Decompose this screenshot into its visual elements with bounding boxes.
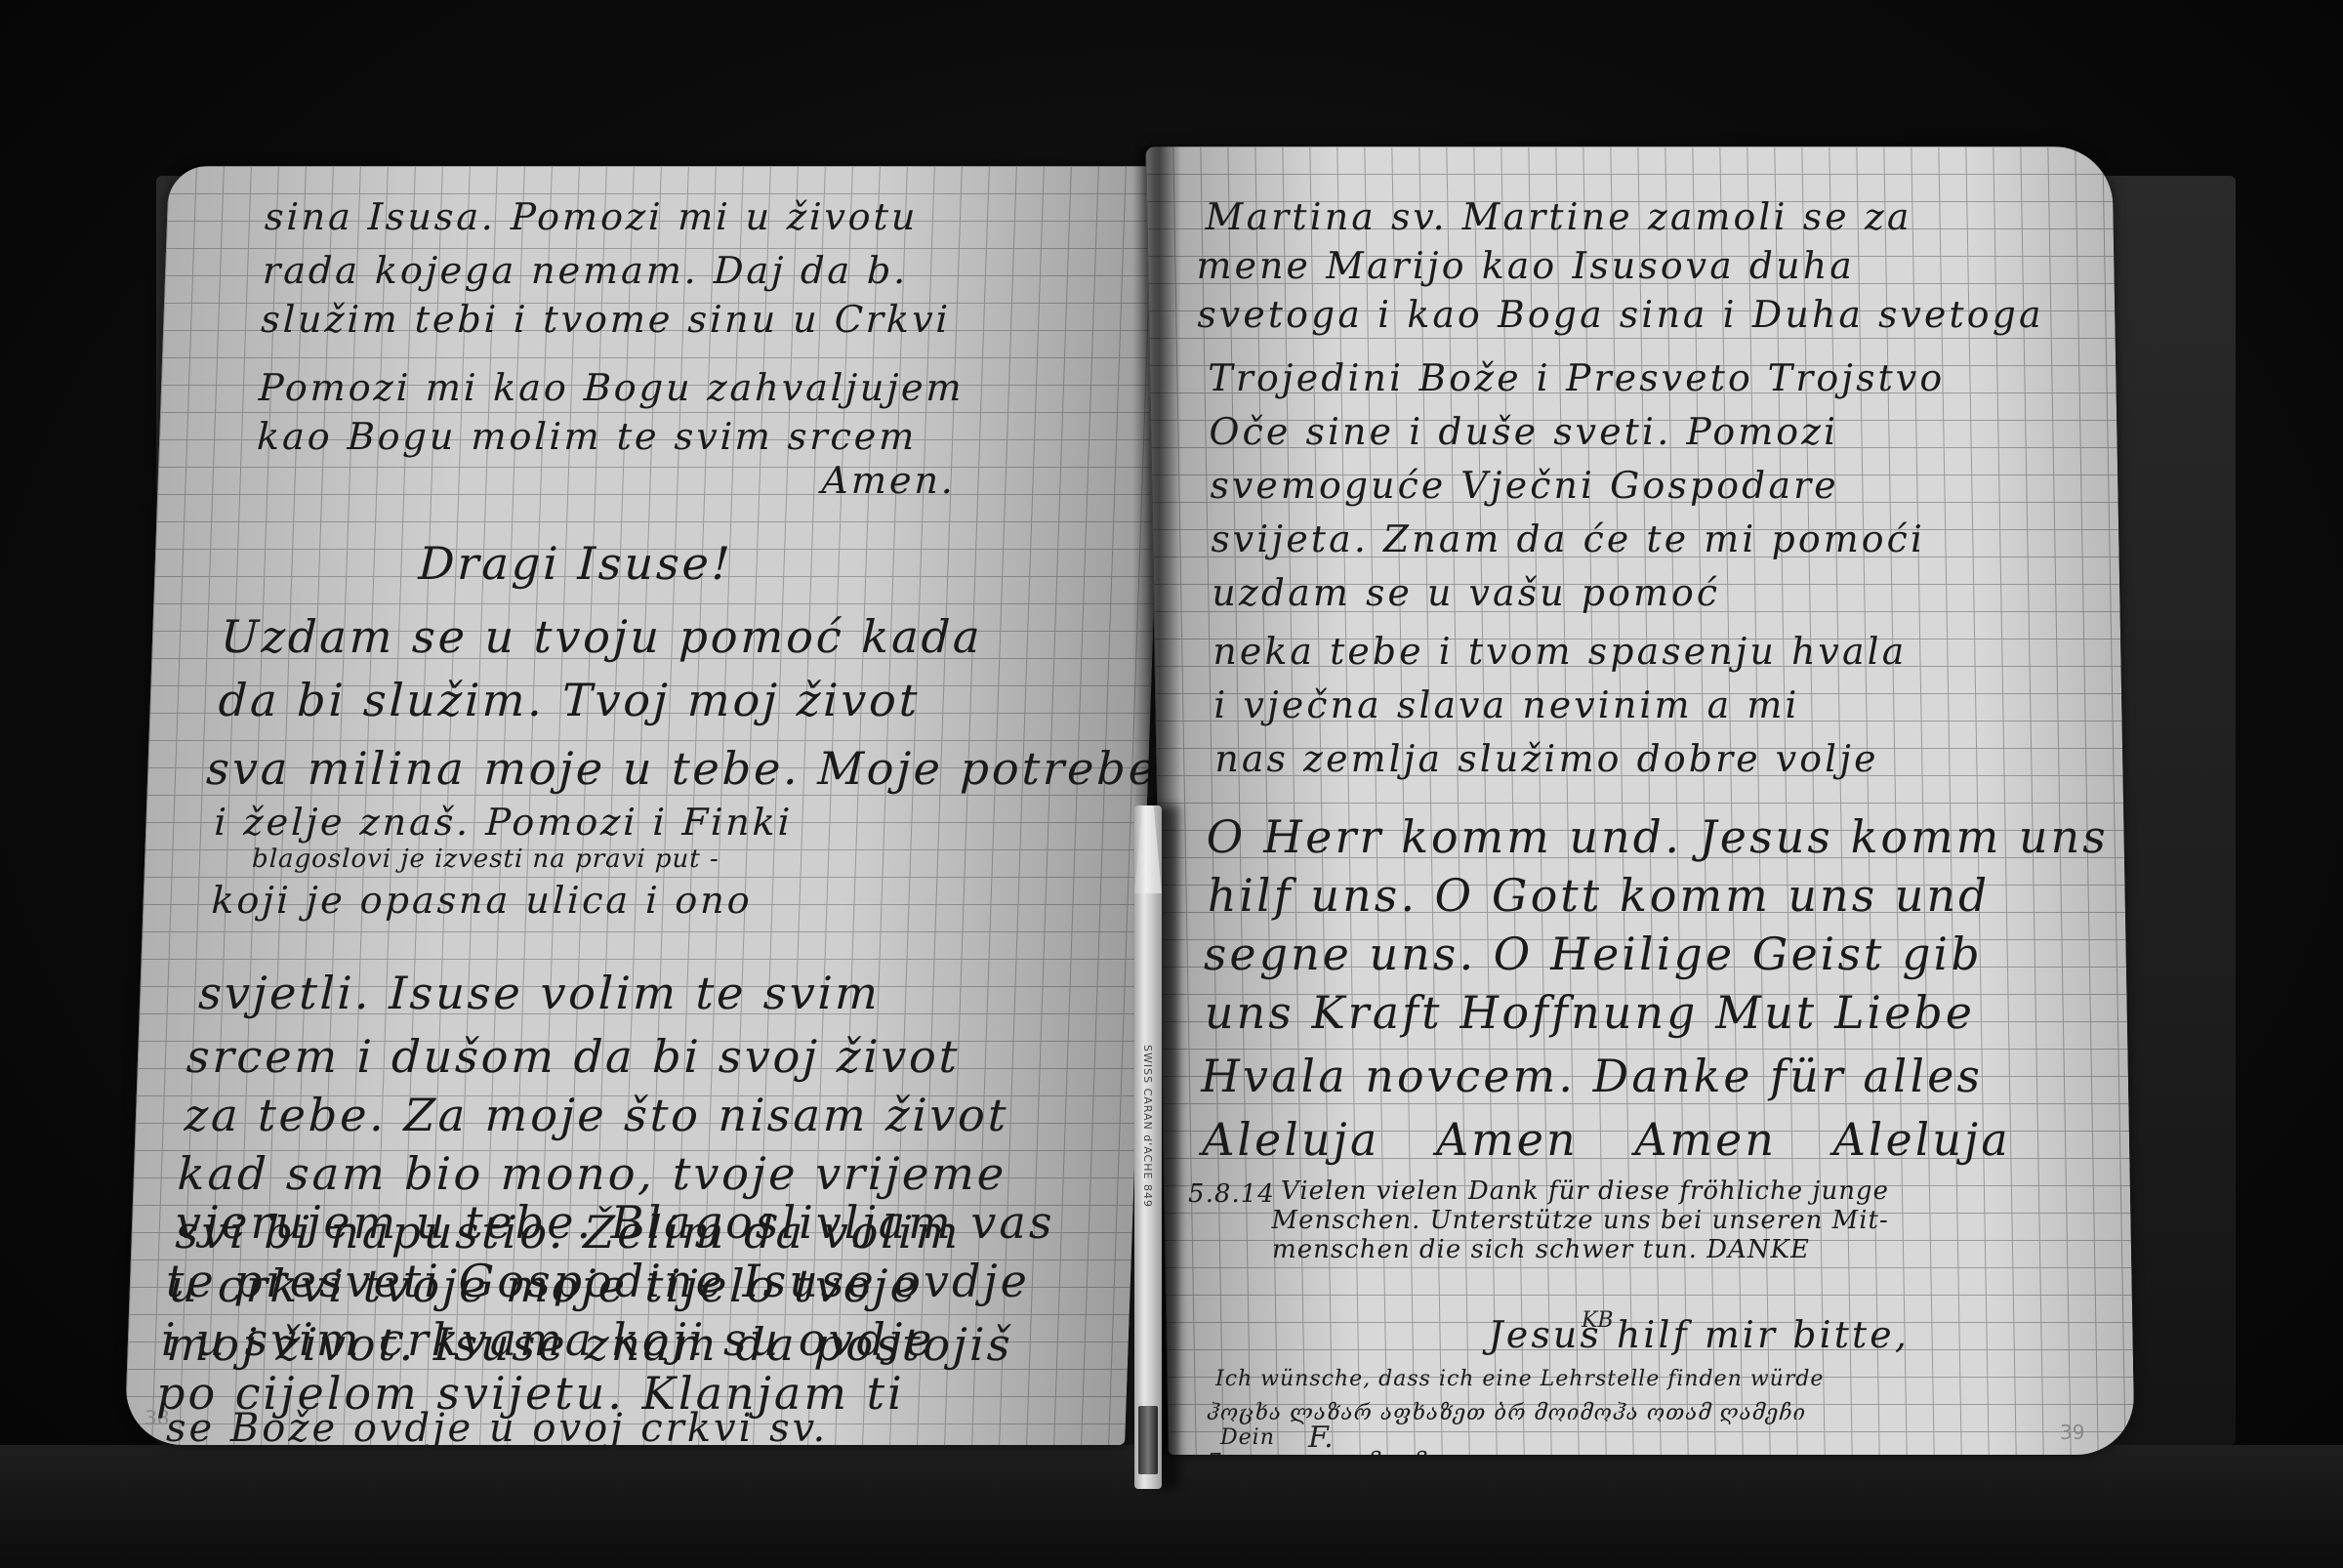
handwritten-line: uzdam se u vašu pomoć xyxy=(1212,571,1721,614)
closing-word: Dein xyxy=(1220,1425,1275,1450)
handwritten-line: Oče sine i duše sveti. Pomozi xyxy=(1209,410,1839,453)
handwritten-line: srcem i dušom da bi svoj život xyxy=(185,1030,961,1083)
handwritten-line: sva milina moje u tebe. Moje potrebe xyxy=(205,742,1159,795)
handwritten-line: Uzdam se u tvoju pomoć kada xyxy=(220,610,983,663)
shelf-surface xyxy=(0,1445,2343,1568)
handwritten-line: služim tebi i tvome sinu u Crkvi xyxy=(261,298,952,341)
handwritten-line: svemoguće Vječni Gospodare xyxy=(1210,464,1839,507)
page-number: 39 xyxy=(2060,1421,2084,1444)
handwritten-line: svjetli. Isuse volim te svim xyxy=(197,967,882,1019)
right-notebook-page: Martina sv. Martine zamoli se za mene Ma… xyxy=(1145,146,2134,1455)
closing-signature: F. xyxy=(1308,1421,1334,1455)
german-entry-line: menschen die sich schwer tun. DANKE xyxy=(1272,1235,1810,1264)
handwritten-line: da bi služim. Tvoj moj život xyxy=(218,674,921,726)
handwritten-line: Hvala novcem. Danke für alles xyxy=(1200,1050,1983,1102)
jesus-line: Jesus hilf mir bitte, xyxy=(1488,1313,1910,1356)
handwritten-amen: Amen. xyxy=(821,459,957,502)
handwritten-line: uns Kraft Hoffnung Mut Liebe xyxy=(1204,986,1975,1039)
handwritten-line: te presveti Gospodine Isuse ovdje xyxy=(166,1255,1030,1307)
handwritten-line: nas zemlja služimo dobre volje xyxy=(1214,737,1879,780)
handwritten-line: za tebe. Za moje što nisam život xyxy=(184,1089,1009,1141)
pencil-end xyxy=(1138,1406,1158,1474)
foreign-script-line: 7ოა ვაკეთი ამოიმოო xyxy=(1208,1450,1465,1455)
handwritten-line: kao Bogu molim te svim srcem xyxy=(256,415,918,458)
initials-signature: KB xyxy=(1582,1308,1614,1333)
handwritten-line: Martina sv. Martine zamoli se za xyxy=(1205,195,1912,238)
handwritten-line: koji je opasna ulica i ono xyxy=(211,879,754,922)
pencil-brand-label: SWISS CARAN d'ACHE 849 xyxy=(1141,1045,1154,1208)
handwritten-line: neka tebe i tvom spasenju hvala xyxy=(1213,630,1908,673)
handwritten-line: se Bože ovdje u ovoj crkvi sv. xyxy=(166,1406,828,1451)
handwritten-line: kad sam bio mono, tvoje vrijeme xyxy=(177,1147,1007,1200)
handwritten-line: sina Isusa. Pomozi mi u životu xyxy=(264,195,919,238)
handwritten-line: segne uns. O Heilige Geist gib xyxy=(1203,928,1983,980)
left-notebook-page: sina Isusa. Pomozi mi u životu rada koje… xyxy=(124,166,1170,1445)
handwritten-line: i u svim crkvama koji su ovdje xyxy=(161,1313,934,1366)
handwritten-line: Trojedini Bože i Presveto Trojstvo xyxy=(1208,356,1945,399)
german-entry-line: Menschen. Unterstütze uns bei unseren Mi… xyxy=(1271,1206,1889,1235)
handwritten-line: Pomozi mi kao Bogu zahvaljujem xyxy=(258,366,965,409)
handwritten-line: blagoslovi je izvesti na pravi put - xyxy=(252,845,720,874)
handwritten-line: svetoga i kao Boga sina i Duha svetoga xyxy=(1197,293,2044,336)
handwritten-line: i vječna slava nevinim a mi xyxy=(1213,683,1800,726)
handwritten-line: O Herr komm und. Jesus komm uns xyxy=(1206,810,2109,863)
german-entry-line: Vielen vielen Dank für diese fröhliche j… xyxy=(1281,1176,1890,1206)
handwritten-line: vjerujem u tebe. Blagoslivljam vas xyxy=(176,1196,1054,1249)
handwritten-line: Aleluja Amen Amen Aleluja xyxy=(1202,1113,2012,1166)
handwritten-line: i želje znaš. Pomozi i Finki xyxy=(214,801,794,844)
handwritten-heading: Dragi Isuse! xyxy=(418,537,734,590)
handwritten-line: svijeta. Znam da će te mi pomoći xyxy=(1211,517,1925,560)
handwritten-line: mene Marijo kao Isusova duha xyxy=(1196,244,1855,287)
wish-line: Ich wünsche, dass ich eine Lehrstelle fi… xyxy=(1215,1367,1824,1391)
entry-date: 5.8.14 xyxy=(1188,1179,1275,1209)
foreign-script-line: ჰოცხა ლაზარ აფხაზეთ ბრ მოიმოჰა ოთამ ღამე… xyxy=(1207,1401,1806,1425)
handwritten-line: hilf uns. O Gott komm uns und xyxy=(1207,869,1991,922)
handwritten-line: rada kojega nemam. Daj da b. xyxy=(262,249,909,292)
